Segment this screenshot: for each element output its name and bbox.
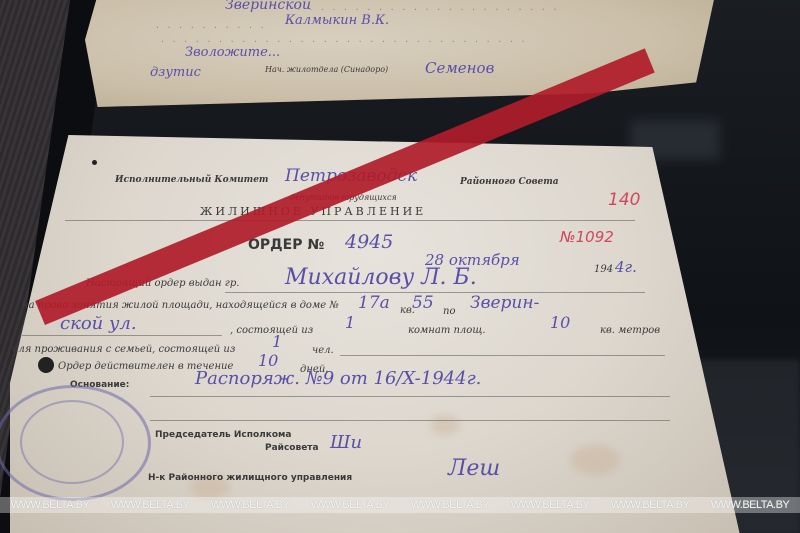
- red-annotation: 140: [608, 190, 640, 210]
- house-number: 17а: [358, 293, 390, 313]
- street-name-cont: ской ул.: [60, 313, 137, 334]
- top-document: . . . . . . . . . . . . . . . . . . . . …: [85, 0, 715, 107]
- header-rule: [65, 220, 635, 221]
- handwritten-text: дзутис: [150, 65, 201, 80]
- signature: Семенов: [425, 59, 494, 77]
- recipient-name: Михайлову Л. Б.: [285, 265, 477, 290]
- watermark-text: WWW.BELTA.BY: [11, 499, 90, 511]
- order-label: ОРДЕР №: [248, 237, 324, 253]
- watermark-text: WWW.BELTA.BY: [711, 499, 790, 511]
- watermark-text: WWW.BELTA.BY: [511, 499, 590, 511]
- watermark-strip: WWW.BELTA.BY WWW.BELTA.BY WWW.BELTA.BY W…: [0, 497, 800, 513]
- print-line: . . . . . . . . . . . . . . . . . . . . …: [285, 3, 558, 12]
- chief-signature: Леш: [448, 456, 500, 481]
- chairman-signature: Ши: [330, 432, 362, 453]
- signature-label: Нач. жилотдела (Синадоро): [265, 65, 388, 74]
- handwritten-text: Зволожите...: [185, 45, 280, 60]
- punch-hole: [92, 160, 97, 165]
- official-stamp-inner: [20, 400, 124, 484]
- watermark-text: WWW.BELTA.BY: [211, 499, 290, 511]
- family-unit: чел.: [312, 345, 334, 356]
- street-prefix: по: [443, 306, 455, 317]
- watermark-text: WWW.BELTA.BY: [111, 499, 190, 511]
- chairman-label: Председатель Исполкома: [155, 430, 291, 440]
- year-suffix: 4г.: [615, 258, 637, 276]
- rooms-label: комнат площ.: [408, 325, 486, 336]
- area-label: кв. метров: [600, 325, 660, 336]
- area-value: 10: [550, 313, 570, 332]
- street-name: Зверин-: [470, 293, 539, 313]
- basis-value: Распоряж. №9 от 16/X-1944г.: [195, 368, 481, 389]
- red-annotation: №1092: [560, 228, 614, 246]
- order-number: 4945: [345, 231, 393, 253]
- apartment-number: 55: [412, 293, 434, 313]
- family-count: 1: [272, 332, 282, 351]
- header-council: Районного Совета: [460, 177, 559, 187]
- handwritten-text: Калмыкин В.К.: [285, 13, 389, 28]
- print-line: . . . . . . . . . . . . . . . . . . . . …: [160, 35, 526, 44]
- watermark-text: WWW.BELTA.BY: [611, 499, 690, 511]
- handwritten-text: Зверинской: [225, 0, 311, 13]
- chief-label: Н-к Районного жилищного управления: [148, 473, 352, 483]
- rooms-count: 1: [345, 313, 355, 332]
- print-line: . . . . . . . . . .: [155, 21, 266, 30]
- punch-hole: [38, 357, 54, 373]
- watermark-text: WWW.BELTA.BY: [411, 499, 490, 511]
- chairman-label-2: Райсовета: [265, 443, 319, 453]
- watermark-text: WWW.BELTA.BY: [311, 499, 390, 511]
- family-line: для проживания с семьей, состоящей из: [12, 344, 235, 355]
- year-prefix: 194: [594, 264, 613, 275]
- header-committee: Исполнительный Комитет: [115, 175, 268, 185]
